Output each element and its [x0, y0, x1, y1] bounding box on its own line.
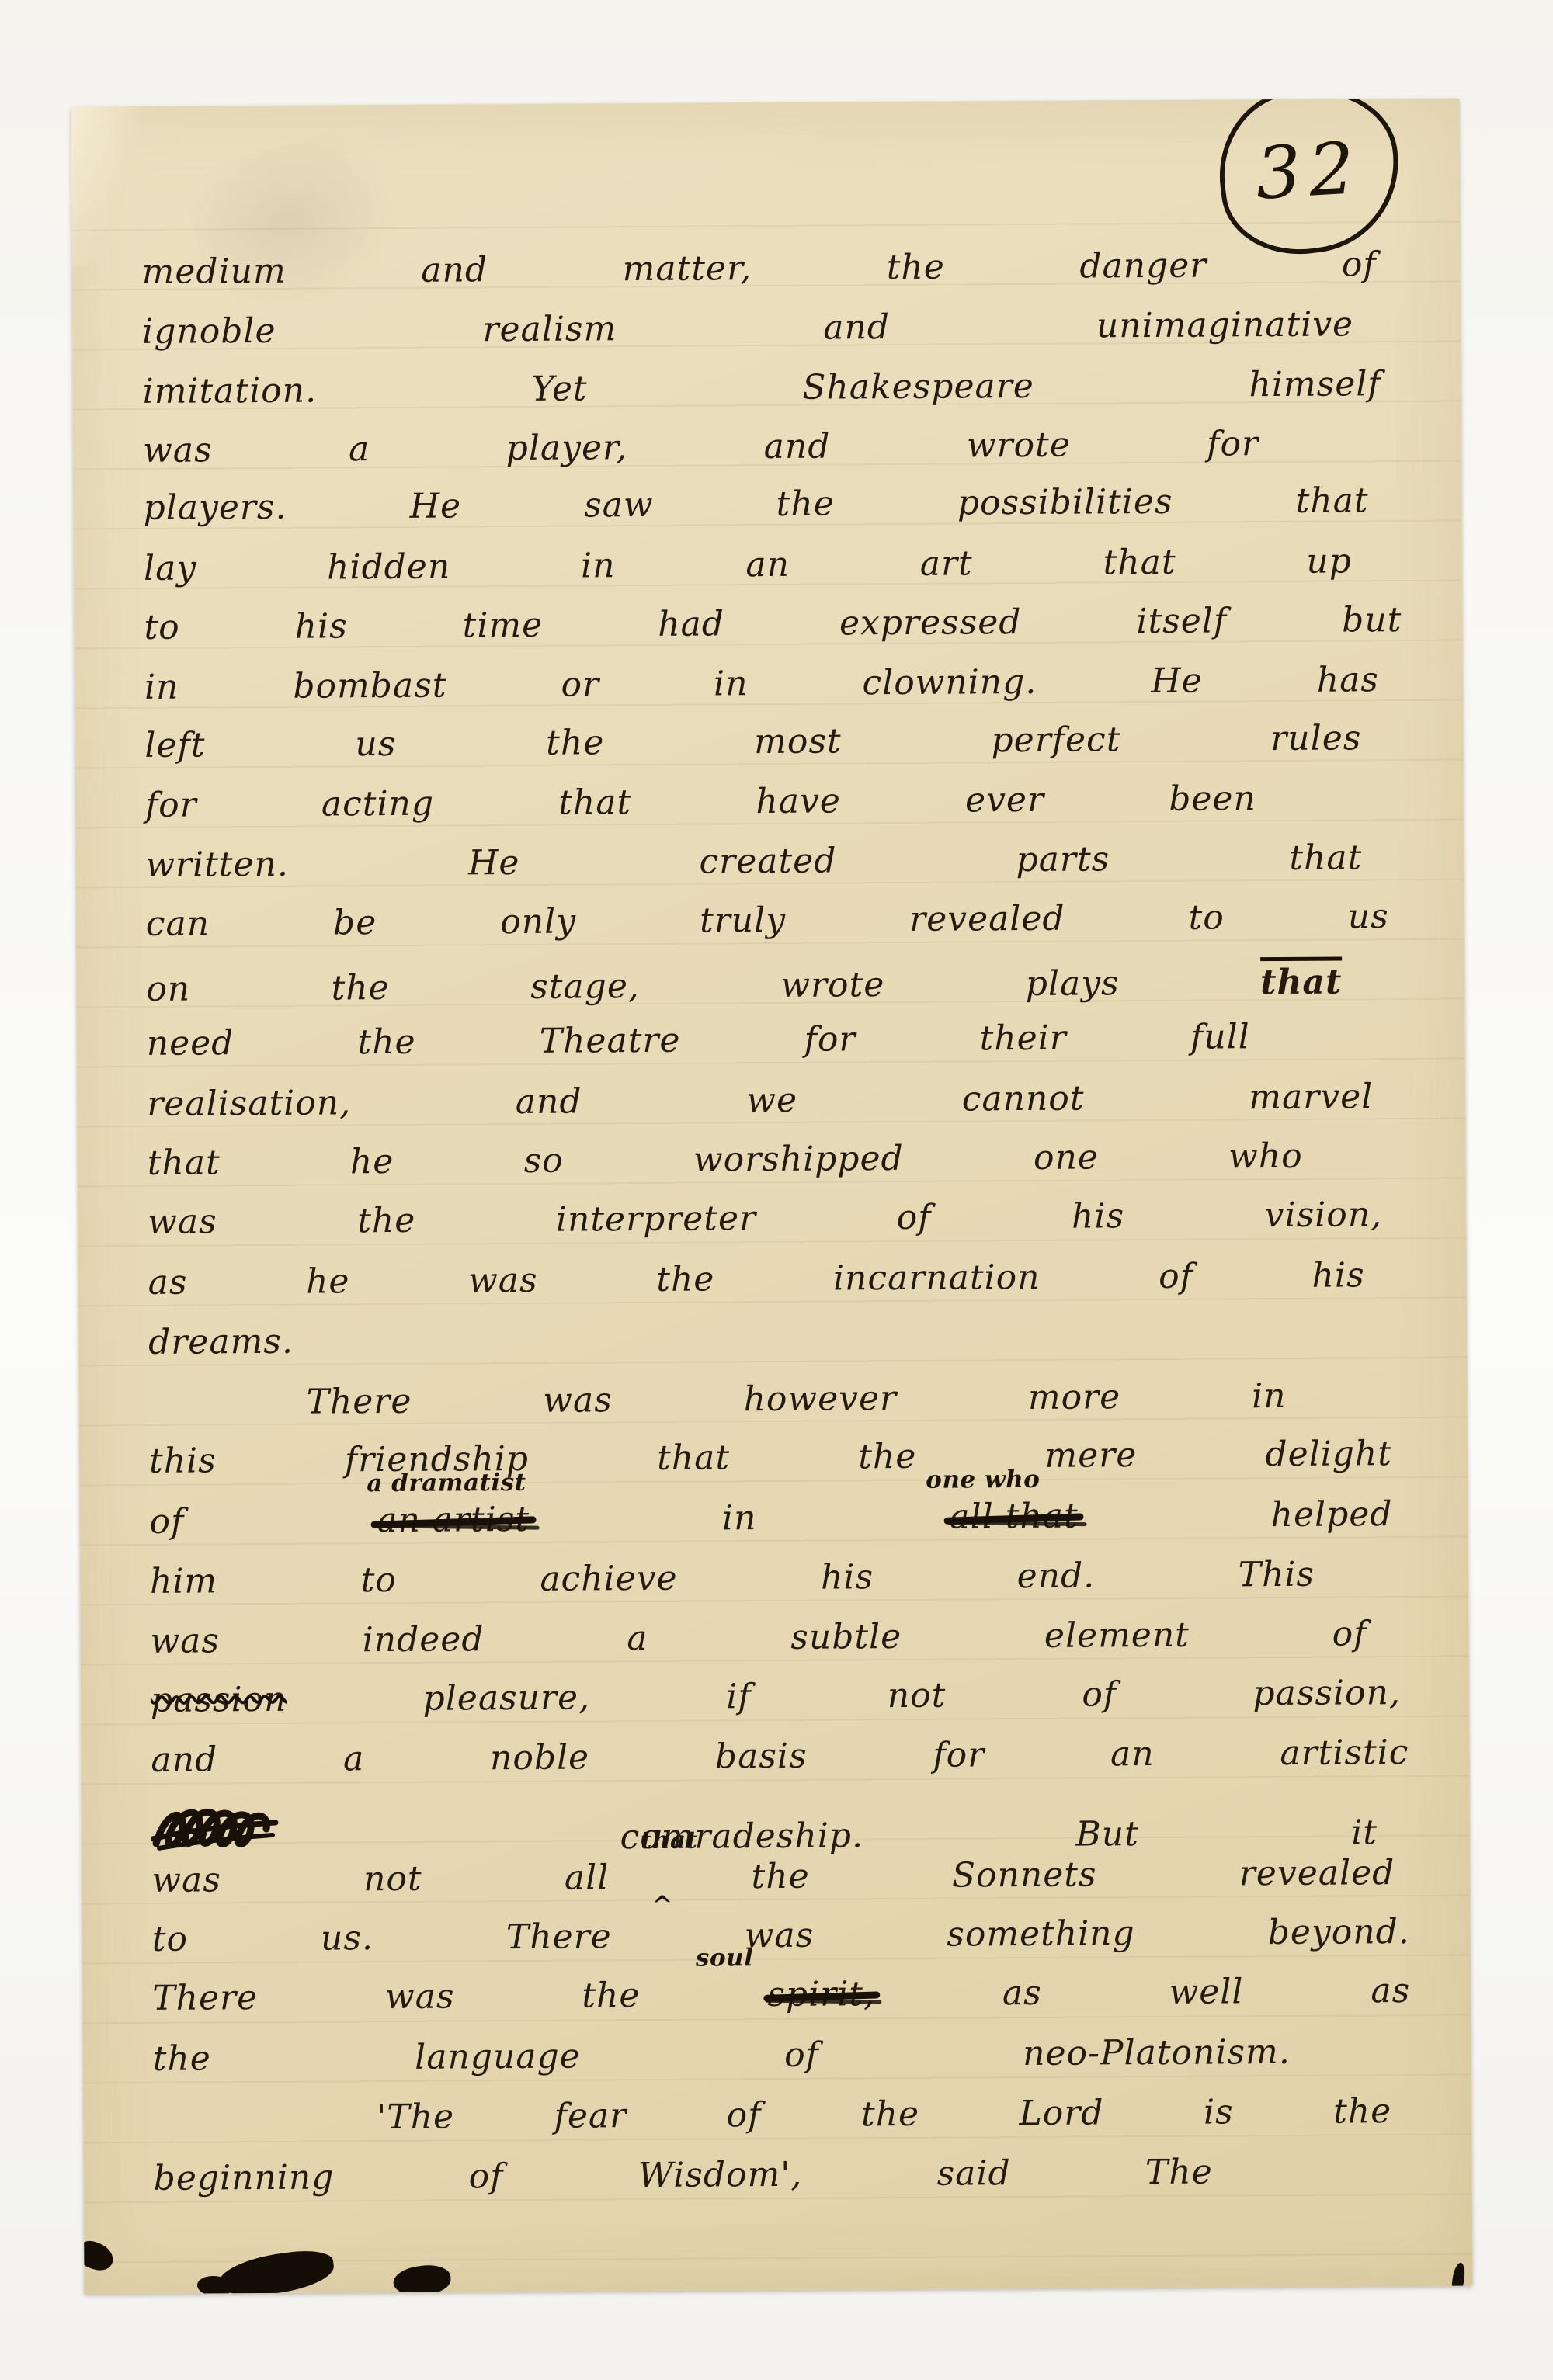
word: realism: [482, 309, 617, 349]
manuscript-text: mediumandmatter,thedangerofignoblerealis…: [141, 99, 1427, 2294]
word: or: [561, 664, 599, 704]
manuscript-line: leftusthemostperfectrules: [144, 718, 1361, 775]
word: medium: [142, 252, 287, 292]
word: possibilities: [957, 482, 1173, 523]
word: wrote: [967, 425, 1071, 466]
word: the: [546, 723, 604, 762]
word: the: [332, 968, 390, 1008]
word: worshipped: [693, 1139, 904, 1180]
manuscript-line: realisation,andwecannotmarvel: [147, 1077, 1373, 1134]
word: the: [1333, 2091, 1391, 2131]
manuscript-line: 'ThefearoftheLordisthe: [377, 2091, 1391, 2147]
torn-corner: [71, 103, 140, 267]
word: written.: [145, 845, 289, 885]
word: an artist: [377, 1500, 530, 1540]
word: as: [1371, 1971, 1410, 2011]
word: to: [152, 1920, 188, 1959]
word: something: [947, 1913, 1135, 1954]
word: element: [1044, 1615, 1190, 1656]
word: if: [726, 1677, 752, 1716]
word: Sonnets: [952, 1854, 1097, 1895]
word: time: [463, 605, 544, 646]
manuscript-line: canbeonlytrulyrevealedtous: [146, 897, 1389, 954]
inserted-word: one who: [926, 1466, 1040, 1494]
manuscript-line: layhiddeninanartthatup: [144, 541, 1352, 598]
word: He: [409, 486, 461, 526]
word: There: [506, 1917, 612, 1957]
word: all that: [949, 1497, 1079, 1537]
word: and: [151, 1740, 217, 1780]
word: was: [148, 1202, 217, 1242]
word: delight: [1265, 1434, 1392, 1474]
word: was: [468, 1261, 538, 1301]
word: the: [357, 1022, 415, 1062]
word: created: [699, 841, 836, 881]
word: the: [582, 1976, 640, 2015]
word: that: [558, 782, 631, 823]
manuscript-line: passionpleasure,ifnotofpassion,: [151, 1673, 1401, 1730]
word: spirit,: [767, 1974, 875, 2014]
word: that: [148, 1143, 221, 1183]
manuscript-line: thelanguageofneo-Platonism.: [153, 2032, 1291, 2089]
caret-mark: ^: [651, 1890, 673, 1920]
word: indeed: [363, 1619, 485, 1660]
word: parts: [1016, 839, 1110, 879]
manuscript-line: comradeship.Butit: [151, 1792, 1378, 1850]
word: to: [361, 1560, 397, 1600]
word: achieve: [540, 1559, 678, 1599]
word: more: [1028, 1377, 1121, 1417]
word: ignoble: [142, 311, 276, 352]
word: so: [523, 1141, 563, 1181]
word: and: [516, 1081, 582, 1122]
word: of: [784, 2035, 819, 2075]
manuscript-line: andanoblebasisforanartistic: [151, 1733, 1409, 1790]
word: There: [152, 1978, 258, 2018]
word: however: [743, 1379, 897, 1419]
word: well: [1169, 1972, 1243, 2012]
word: as: [1002, 1973, 1042, 2013]
word: of: [1159, 1257, 1193, 1296]
word: him: [150, 1561, 217, 1601]
manuscript-line: onthestage,wroteplaysthat: [146, 957, 1342, 1014]
word: interpreter: [556, 1199, 756, 1240]
word: had: [658, 604, 724, 644]
word: the: [357, 1201, 415, 1240]
word: language: [415, 2037, 581, 2077]
word: subtle: [790, 1617, 902, 1657]
word: imitation.: [142, 371, 317, 411]
word: the: [776, 484, 835, 523]
word: Wisdom',: [638, 2155, 803, 2195]
word: Lord: [1019, 2093, 1103, 2133]
word: acting: [321, 784, 434, 824]
word: of: [1332, 1614, 1367, 1653]
word: his: [821, 1557, 874, 1597]
word: 'The: [377, 2097, 454, 2138]
word: dreams.: [148, 1322, 294, 1362]
word: incarnation: [833, 1258, 1041, 1299]
word: a: [343, 1739, 365, 1778]
word: of: [1342, 245, 1377, 284]
word: Yet: [532, 369, 588, 408]
manuscript-line: beginningofWisdom',saidThe: [154, 2153, 1213, 2208]
word: and: [764, 427, 831, 467]
manuscript-line: ofan artistinall thathelpeda dramatiston…: [149, 1494, 1392, 1552]
word: an: [1110, 1734, 1155, 1774]
word: to: [144, 608, 179, 647]
word: realisation,: [147, 1083, 351, 1124]
word: in: [581, 546, 616, 585]
word: in: [144, 668, 179, 707]
manuscript-line: imitation.YetShakespearehimself: [142, 364, 1381, 422]
word: artistic: [1280, 1733, 1409, 1773]
scribbled-out-word: [151, 1803, 408, 1856]
word: stage,: [530, 966, 640, 1007]
word: be: [333, 903, 377, 942]
word: neo-Platonism.: [1023, 2032, 1291, 2073]
manuscript-line: ignoblerealismandunimaginative: [142, 304, 1353, 362]
manuscript-line: mediumandmatter,thedangerof: [142, 245, 1377, 302]
word: saw: [584, 485, 654, 526]
word: He: [1151, 661, 1203, 701]
manuscript-line: tohistimehadexpresseditselfbut: [144, 600, 1402, 657]
word: not: [888, 1676, 947, 1716]
manuscript-line: thisfriendshipthatthemeredelight: [149, 1434, 1392, 1491]
word: on: [146, 970, 190, 1009]
word: of: [727, 2095, 762, 2135]
word: only: [500, 902, 576, 942]
word: was: [543, 1380, 613, 1421]
word: most: [754, 721, 842, 762]
word: marvel: [1249, 1077, 1373, 1117]
word: cannot: [962, 1079, 1085, 1119]
word: fear: [554, 2096, 627, 2136]
word: and: [421, 250, 488, 290]
ink-blot: [75, 2238, 117, 2274]
word: clowning.: [862, 662, 1037, 703]
word: helped: [1271, 1494, 1393, 1535]
word: said: [936, 2153, 1010, 2194]
word: it: [1351, 1813, 1378, 1852]
word: a: [349, 429, 370, 469]
word: the: [751, 1857, 809, 1896]
word: beginning: [154, 2157, 335, 2198]
word: left: [144, 725, 205, 765]
word: was: [143, 430, 213, 470]
manuscript-line: Therewashowevermorein: [306, 1376, 1286, 1432]
word: expressed: [839, 602, 1022, 643]
word: is: [1204, 2092, 1234, 2132]
inserted-word: that: [641, 1827, 697, 1854]
word: players.: [143, 487, 287, 528]
manuscript-line: players.Hesawthepossibilitiesthat: [143, 481, 1368, 538]
word: that: [1260, 957, 1343, 1003]
word: vision,: [1265, 1195, 1383, 1235]
word: danger: [1079, 246, 1207, 286]
word: can: [146, 904, 210, 944]
word: not: [363, 1859, 422, 1899]
word: for: [1207, 424, 1259, 463]
word: player,: [506, 428, 628, 468]
word: bombast: [293, 666, 446, 706]
word: passion: [151, 1680, 287, 1720]
word: mere: [1044, 1435, 1137, 1476]
word: of: [469, 2156, 504, 2196]
word: that: [1103, 543, 1176, 583]
word: this: [149, 1441, 217, 1481]
word: the: [887, 248, 945, 287]
word: that: [1289, 838, 1362, 878]
word: of: [897, 1198, 932, 1237]
word: for: [145, 786, 197, 825]
word: art: [920, 543, 973, 583]
word: basis: [715, 1736, 808, 1777]
word: plays: [1026, 963, 1120, 1004]
ink-blot: [1450, 2262, 1466, 2295]
word: and: [823, 307, 890, 348]
word: he: [306, 1261, 350, 1301]
word: was: [151, 1860, 221, 1900]
manuscript-line: ashewastheincarnationofhis: [148, 1255, 1365, 1313]
word: himself: [1249, 364, 1381, 404]
word: This: [1238, 1555, 1315, 1595]
word: he: [350, 1142, 394, 1181]
word: been: [1169, 779, 1256, 819]
word: wrote: [780, 965, 884, 1005]
manuscript-line: wasnotalltheSonnetsrevealedthat^: [151, 1853, 1395, 1910]
word: up: [1306, 541, 1352, 581]
word: Theatre: [540, 1021, 681, 1061]
word: perfect: [991, 720, 1120, 760]
word: has: [1317, 660, 1379, 699]
inserted-word: a dramatist: [367, 1469, 526, 1497]
word: hidden: [327, 547, 450, 588]
word: Shakespeare: [802, 366, 1034, 408]
manuscript-line: himtoachievehisend.This: [150, 1555, 1315, 1612]
word: unimaginative: [1096, 304, 1353, 345]
word: beyond.: [1268, 1912, 1410, 1952]
word: in: [722, 1498, 757, 1538]
manuscript-line: wasaplayer,andwrotefor: [143, 424, 1259, 481]
manuscript-line: needtheTheatrefortheirfull: [147, 1017, 1250, 1074]
word: his: [295, 606, 348, 646]
word: was: [385, 1977, 455, 2017]
manuscript-line: Therewasthespirit,aswellassoul: [152, 1971, 1410, 2028]
photo-background: 32 mediumandmatter,thedangerofignoblerea…: [0, 0, 1553, 2380]
word: for: [933, 1735, 985, 1775]
word: that: [1295, 481, 1368, 521]
word: revealed: [1239, 1853, 1395, 1893]
manuscript-line: dreams.: [148, 1322, 294, 1372]
word: full: [1190, 1017, 1250, 1056]
word: us.: [321, 1918, 373, 1958]
word: to: [1188, 897, 1224, 937]
word: his: [1312, 1255, 1364, 1295]
word: was: [150, 1621, 220, 1661]
manuscript-line: tous.Therewassomethingbeyond.: [152, 1912, 1410, 1969]
word: in: [714, 664, 749, 703]
manuscript-line: inbombastorinclowning.Hehas: [144, 660, 1379, 717]
manuscript-line: thathesoworshippedonewho: [148, 1136, 1303, 1193]
word: as: [148, 1263, 188, 1303]
word: us: [1348, 897, 1389, 936]
word: matter,: [622, 248, 752, 289]
word: their: [979, 1018, 1066, 1059]
manuscript-line: wasindeedasubtleelementof: [150, 1614, 1367, 1671]
word: pleasure,: [422, 1677, 590, 1718]
word: his: [1072, 1196, 1124, 1236]
word: the: [861, 2094, 919, 2134]
word: rules: [1270, 718, 1361, 758]
word: end.: [1016, 1556, 1095, 1596]
word: revealed: [909, 899, 1065, 939]
manuscript-page: 32 mediumandmatter,thedangerofignoblerea…: [71, 99, 1472, 2295]
word: itself: [1136, 601, 1227, 641]
word: of: [1082, 1674, 1117, 1714]
word: the: [153, 2038, 211, 2078]
word: need: [147, 1023, 235, 1063]
manuscript-line: wastheinterpreterofhisvision,: [148, 1195, 1382, 1252]
word: us: [355, 724, 396, 764]
word: lay: [144, 549, 196, 588]
word: of: [149, 1502, 184, 1542]
word: passion,: [1252, 1673, 1401, 1713]
word: all: [565, 1858, 610, 1897]
word: one: [1034, 1137, 1099, 1178]
word: that: [657, 1438, 730, 1478]
word: The: [1145, 2153, 1213, 2193]
word: truly: [700, 900, 786, 941]
word: but: [1342, 600, 1402, 640]
word: the: [656, 1259, 714, 1299]
word: There: [306, 1382, 412, 1422]
word: the: [858, 1437, 916, 1476]
word: was: [745, 1916, 815, 1956]
word: He: [468, 843, 520, 883]
word: in: [1252, 1376, 1287, 1416]
word: an: [745, 545, 790, 585]
word: ever: [965, 780, 1044, 821]
word: But: [1075, 1814, 1139, 1854]
word: a: [627, 1618, 648, 1658]
word: we: [746, 1081, 797, 1120]
word: for: [804, 1019, 856, 1059]
word: have: [756, 781, 841, 821]
word: noble: [490, 1737, 589, 1778]
manuscript-line: foractingthathaveeverbeen: [145, 779, 1256, 835]
manuscript-line: written.Hecreatedpartsthat: [145, 838, 1362, 895]
word: who: [1228, 1136, 1303, 1177]
inserted-word: soul: [696, 1944, 754, 1972]
